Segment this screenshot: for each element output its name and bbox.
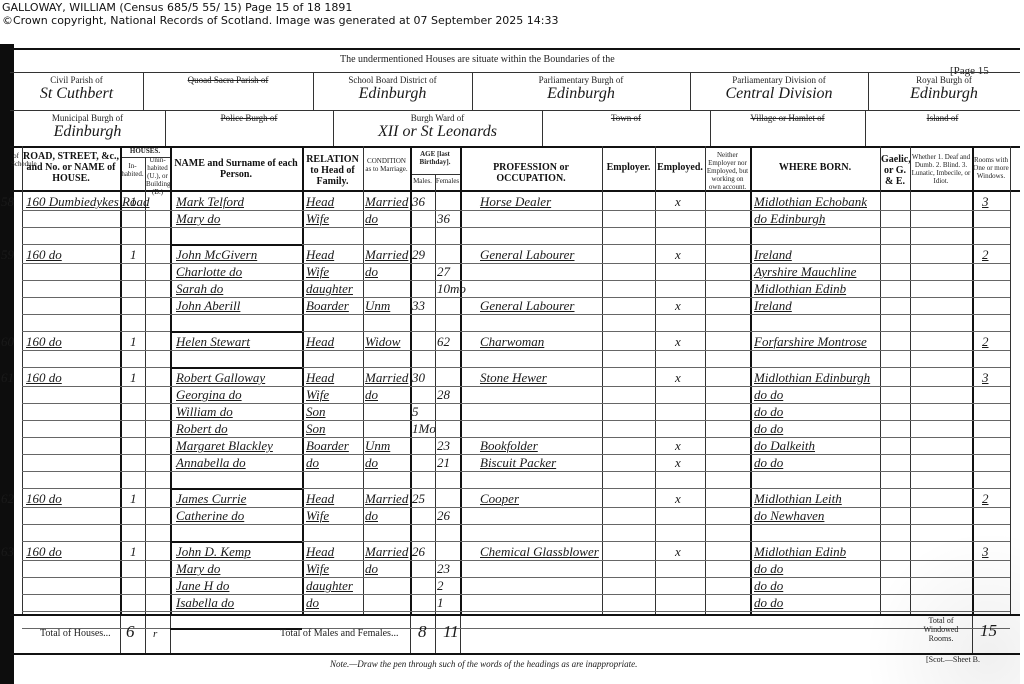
birthplace: do Dalkeith	[754, 438, 815, 454]
person-condition: Unm	[365, 298, 390, 314]
birthplace: do do	[754, 404, 783, 420]
person-row: William doSon5do do	[10, 404, 1020, 421]
district-label: Town of	[542, 113, 710, 123]
column-header-emp: Employer.	[603, 162, 654, 173]
column-header-empd: Employed.	[656, 162, 704, 173]
person-row: John AberillBoarderUnm33General Labourer…	[10, 298, 1020, 315]
district-value: Central Division	[690, 85, 868, 103]
column-header-males: Males.	[410, 177, 435, 185]
person-row: James CurrieHeadMarried25CooperxMidlothi…	[10, 491, 1020, 508]
totals-divider	[145, 614, 146, 653]
female-age: 10mo	[437, 281, 466, 297]
row-rule	[22, 350, 1010, 351]
person-name: Charlotte do	[176, 264, 242, 280]
person-condition: do	[365, 455, 378, 471]
district-value: Edinburgh	[868, 85, 1020, 103]
column-header-prof: PROFESSION or OCCUPATION.	[461, 162, 601, 184]
birthplace: do do	[754, 421, 783, 437]
person-condition: do	[365, 387, 378, 403]
column-header-age: AGE [last Birthday].	[410, 150, 460, 166]
female-age: 62	[437, 334, 450, 350]
record-caption-title: GALLOWAY, WILLIAM (Census 685/5 55/ 15) …	[2, 1, 352, 14]
person-relation: Head	[306, 544, 334, 560]
person-condition: do	[365, 264, 378, 280]
birthplace: do do	[754, 561, 783, 577]
top-rule	[10, 48, 1020, 50]
household-separator	[170, 331, 302, 333]
person-relation: daughter	[306, 578, 353, 594]
district-label: Island of	[865, 113, 1020, 123]
person-row: Margaret BlackleyBoarderUnm23Bookfolderx…	[10, 438, 1020, 455]
birthplace: Midlothian Edinb	[754, 281, 846, 297]
person-condition: Married	[365, 370, 408, 386]
household-separator	[170, 541, 302, 543]
person-row: Charlotte doWifedo27Ayrshire Mauchline	[10, 264, 1020, 281]
person-occupation: Horse Dealer	[480, 194, 551, 210]
row-rule	[22, 227, 1010, 228]
person-occupation: Bookfolder	[480, 438, 538, 454]
totals-divider	[435, 614, 436, 653]
person-row: Annabella dododo21Biscuit Packerxdo do	[10, 455, 1020, 472]
person-condition: Married	[365, 194, 408, 210]
column-header-gae: Gaelic, or G. & E.	[881, 154, 909, 187]
person-relation: Boarder	[306, 438, 349, 454]
female-age: 21	[437, 455, 450, 471]
person-row: Robert GallowayHeadMarried30Stone Hewerx…	[10, 370, 1020, 387]
person-row: Robert doSon1Modo do	[10, 421, 1020, 438]
district-label: Civil Parish of	[10, 75, 143, 85]
column-header-name: NAME and Surname of each Person.	[171, 158, 301, 180]
totals-divider	[170, 614, 171, 653]
person-row: Georgina doWifedo28do do	[10, 387, 1020, 404]
employed-mark: x	[675, 544, 681, 560]
district-label: Quoad Sacra Parish of	[143, 75, 313, 85]
district-label: School Board District of	[313, 75, 472, 85]
female-age: 2	[437, 578, 444, 594]
birthplace: Ireland	[754, 298, 792, 314]
male-age: 1Mo	[412, 421, 436, 437]
column-header-inh: In-habited.	[121, 162, 144, 178]
employed-mark: x	[675, 194, 681, 210]
person-relation: Wife	[306, 561, 329, 577]
person-name: Sarah do	[176, 281, 223, 297]
person-condition: do	[365, 508, 378, 524]
person-occupation: General Labourer	[480, 247, 575, 263]
person-relation: do	[306, 595, 319, 611]
header-bottom-rule	[10, 190, 1020, 192]
total-houses-uninhabited: r	[153, 628, 157, 640]
person-row: Catherine doWifedo26do Newhaven	[10, 508, 1020, 525]
totals-divider	[460, 614, 461, 653]
employed-mark: x	[675, 334, 681, 350]
scan-noise	[860, 534, 1020, 684]
person-condition: do	[365, 561, 378, 577]
person-condition: Married	[365, 247, 408, 263]
person-name: Helen Stewart	[176, 334, 250, 350]
birthplace: do do	[754, 455, 783, 471]
household-separator	[170, 244, 302, 246]
person-name: Robert Galloway	[176, 370, 265, 386]
column-header-females: Females	[435, 177, 460, 185]
person-relation: Head	[306, 370, 334, 386]
row-rule	[22, 471, 1010, 472]
total-males: 8	[418, 622, 427, 642]
male-age: 26	[412, 544, 425, 560]
birthplace: Ireland	[754, 247, 792, 263]
person-name: Margaret Blackley	[176, 438, 273, 454]
column-header-born: WHERE BORN.	[751, 162, 879, 173]
male-age: 36	[412, 194, 425, 210]
female-age: 36	[437, 211, 450, 227]
person-row: John McGivernHeadMarried29General Labour…	[10, 247, 1020, 264]
birthplace: Midlothian Echobank	[754, 194, 867, 210]
person-name: Catherine do	[176, 508, 244, 524]
person-name: John McGivern	[176, 247, 257, 263]
column-header-rooms: Rooms with One or more Windows.	[973, 156, 1009, 180]
person-occupation: Stone Hewer	[480, 370, 547, 386]
person-condition: do	[365, 211, 378, 227]
person-relation: Wife	[306, 508, 329, 524]
person-row: Helen StewartHeadWidow62CharwomanxForfar…	[10, 334, 1020, 351]
birthplace: do Newhaven	[754, 508, 824, 524]
district-value: Edinburgh	[472, 85, 690, 103]
birthplace: Ayrshire Mauchline	[754, 264, 856, 280]
person-relation: daughter	[306, 281, 353, 297]
birthplace: Midlothian Edinb	[754, 544, 846, 560]
person-name: Annabella do	[176, 455, 246, 471]
person-relation: Head	[306, 247, 334, 263]
person-occupation: General Labourer	[480, 298, 575, 314]
birthplace: Forfarshire Montrose	[754, 334, 867, 350]
row-rule	[22, 524, 1010, 525]
household-separator	[170, 488, 302, 490]
birthplace: Midlothian Edinburgh	[754, 370, 870, 386]
district-label: Police Burgh of	[165, 113, 333, 123]
female-age: 23	[437, 561, 450, 577]
total-houses-label: Total of Houses...	[40, 628, 111, 639]
totals-divider	[410, 614, 411, 653]
district-label: Royal Burgh of	[868, 75, 1020, 85]
person-relation: Head	[306, 491, 334, 507]
person-name: Mark Telford	[176, 194, 244, 210]
total-persons-label: Total of Males and Females...	[280, 628, 398, 639]
person-relation: Boarder	[306, 298, 349, 314]
female-age: 27	[437, 264, 450, 280]
person-condition: Unm	[365, 438, 390, 454]
person-relation: Wife	[306, 387, 329, 403]
birthplace: Midlothian Leith	[754, 491, 842, 507]
district-row2-top	[10, 110, 1020, 111]
person-row: Mark TelfordHeadMarried36Horse DealerxMi…	[10, 194, 1020, 211]
person-name: John D. Kemp	[176, 544, 251, 560]
person-relation: Son	[306, 421, 326, 437]
employed-mark: x	[675, 247, 681, 263]
employed-mark: x	[675, 298, 681, 314]
female-age: 1	[437, 595, 444, 611]
person-name: Isabella do	[176, 595, 234, 611]
employed-mark: x	[675, 438, 681, 454]
column-header-nei: Neither Employer nor Employed, but worki…	[706, 151, 749, 191]
person-name: Georgina do	[176, 387, 242, 403]
column-header-houses: HOUSES.	[120, 147, 170, 155]
district-value: Edinburgh	[313, 85, 472, 103]
district-value: XII or St Leonards	[333, 123, 542, 141]
household-separator	[170, 367, 302, 369]
totals-divider	[120, 614, 121, 653]
district-label: Village or Hamlet of	[710, 113, 865, 123]
employed-mark: x	[675, 370, 681, 386]
male-age: 5	[412, 404, 419, 420]
person-occupation: Biscuit Packer	[480, 455, 556, 471]
column-header-cond: CONDITION as to Marriage.	[364, 157, 409, 173]
district-value: Edinburgh	[10, 123, 165, 141]
person-name: Mary do	[176, 561, 220, 577]
female-age: 26	[437, 508, 450, 524]
person-relation: do	[306, 455, 319, 471]
employed-mark: x	[675, 491, 681, 507]
district-label: Parliamentary Burgh of	[472, 75, 690, 85]
female-age: 28	[437, 387, 450, 403]
footnote: Note.—Draw the pen through such of the w…	[330, 659, 637, 669]
total-females: 11	[443, 622, 459, 642]
column-header-sch: of Schedule	[11, 152, 21, 168]
male-age: 33	[412, 298, 425, 314]
person-relation: Head	[306, 334, 334, 350]
person-relation: Wife	[306, 264, 329, 280]
district-label: Burgh Ward of	[333, 113, 542, 123]
census-sheet: The undermentioned Houses are situate wi…	[10, 48, 1020, 684]
person-relation: Son	[306, 404, 326, 420]
birthplace: do Edinburgh	[754, 211, 825, 227]
district-label: Parliamentary Division of	[690, 75, 868, 85]
employed-mark: x	[675, 455, 681, 471]
female-age: 23	[437, 438, 450, 454]
person-name: Jane H do	[176, 578, 229, 594]
person-condition: Widow	[365, 334, 400, 350]
person-row: Mary doWifedo36do Edinburgh	[10, 211, 1020, 228]
district-value: St Cuthbert	[10, 85, 143, 103]
banner-text: The undermentioned Houses are situate wi…	[340, 54, 615, 65]
birthplace: do do	[754, 595, 783, 611]
total-houses-inhabited: 6	[126, 622, 135, 642]
person-occupation: Charwoman	[480, 334, 544, 350]
district-label: Municipal Burgh of	[10, 113, 165, 123]
person-name: William do	[176, 404, 233, 420]
male-age: 29	[412, 247, 425, 263]
person-occupation: Chemical Glassblower	[480, 544, 599, 560]
male-age: 30	[412, 370, 425, 386]
person-name: Mary do	[176, 211, 220, 227]
person-row: Sarah dodaughter10moMidlothian Edinb	[10, 281, 1020, 298]
person-name: James Currie	[176, 491, 246, 507]
male-age: 25	[412, 491, 425, 507]
person-relation: Wife	[306, 211, 329, 227]
row-rule	[22, 314, 1010, 315]
column-header-inf: Whether 1. Deaf and Dumb. 2. Blind. 3. L…	[911, 153, 971, 185]
person-name: John Aberill	[176, 298, 240, 314]
person-condition: Married	[365, 544, 408, 560]
column-header-rel: RELATION to Head of Family.	[303, 154, 362, 187]
birthplace: do do	[754, 578, 783, 594]
person-name: Robert do	[176, 421, 228, 437]
column-header-road: ROAD, STREET, &c., and No. or NAME of HO…	[23, 151, 119, 184]
person-relation: Head	[306, 194, 334, 210]
birthplace: do do	[754, 387, 783, 403]
person-occupation: Cooper	[480, 491, 519, 507]
record-caption-copyright: ©Crown copyright, National Records of Sc…	[2, 14, 559, 27]
person-condition: Married	[365, 491, 408, 507]
